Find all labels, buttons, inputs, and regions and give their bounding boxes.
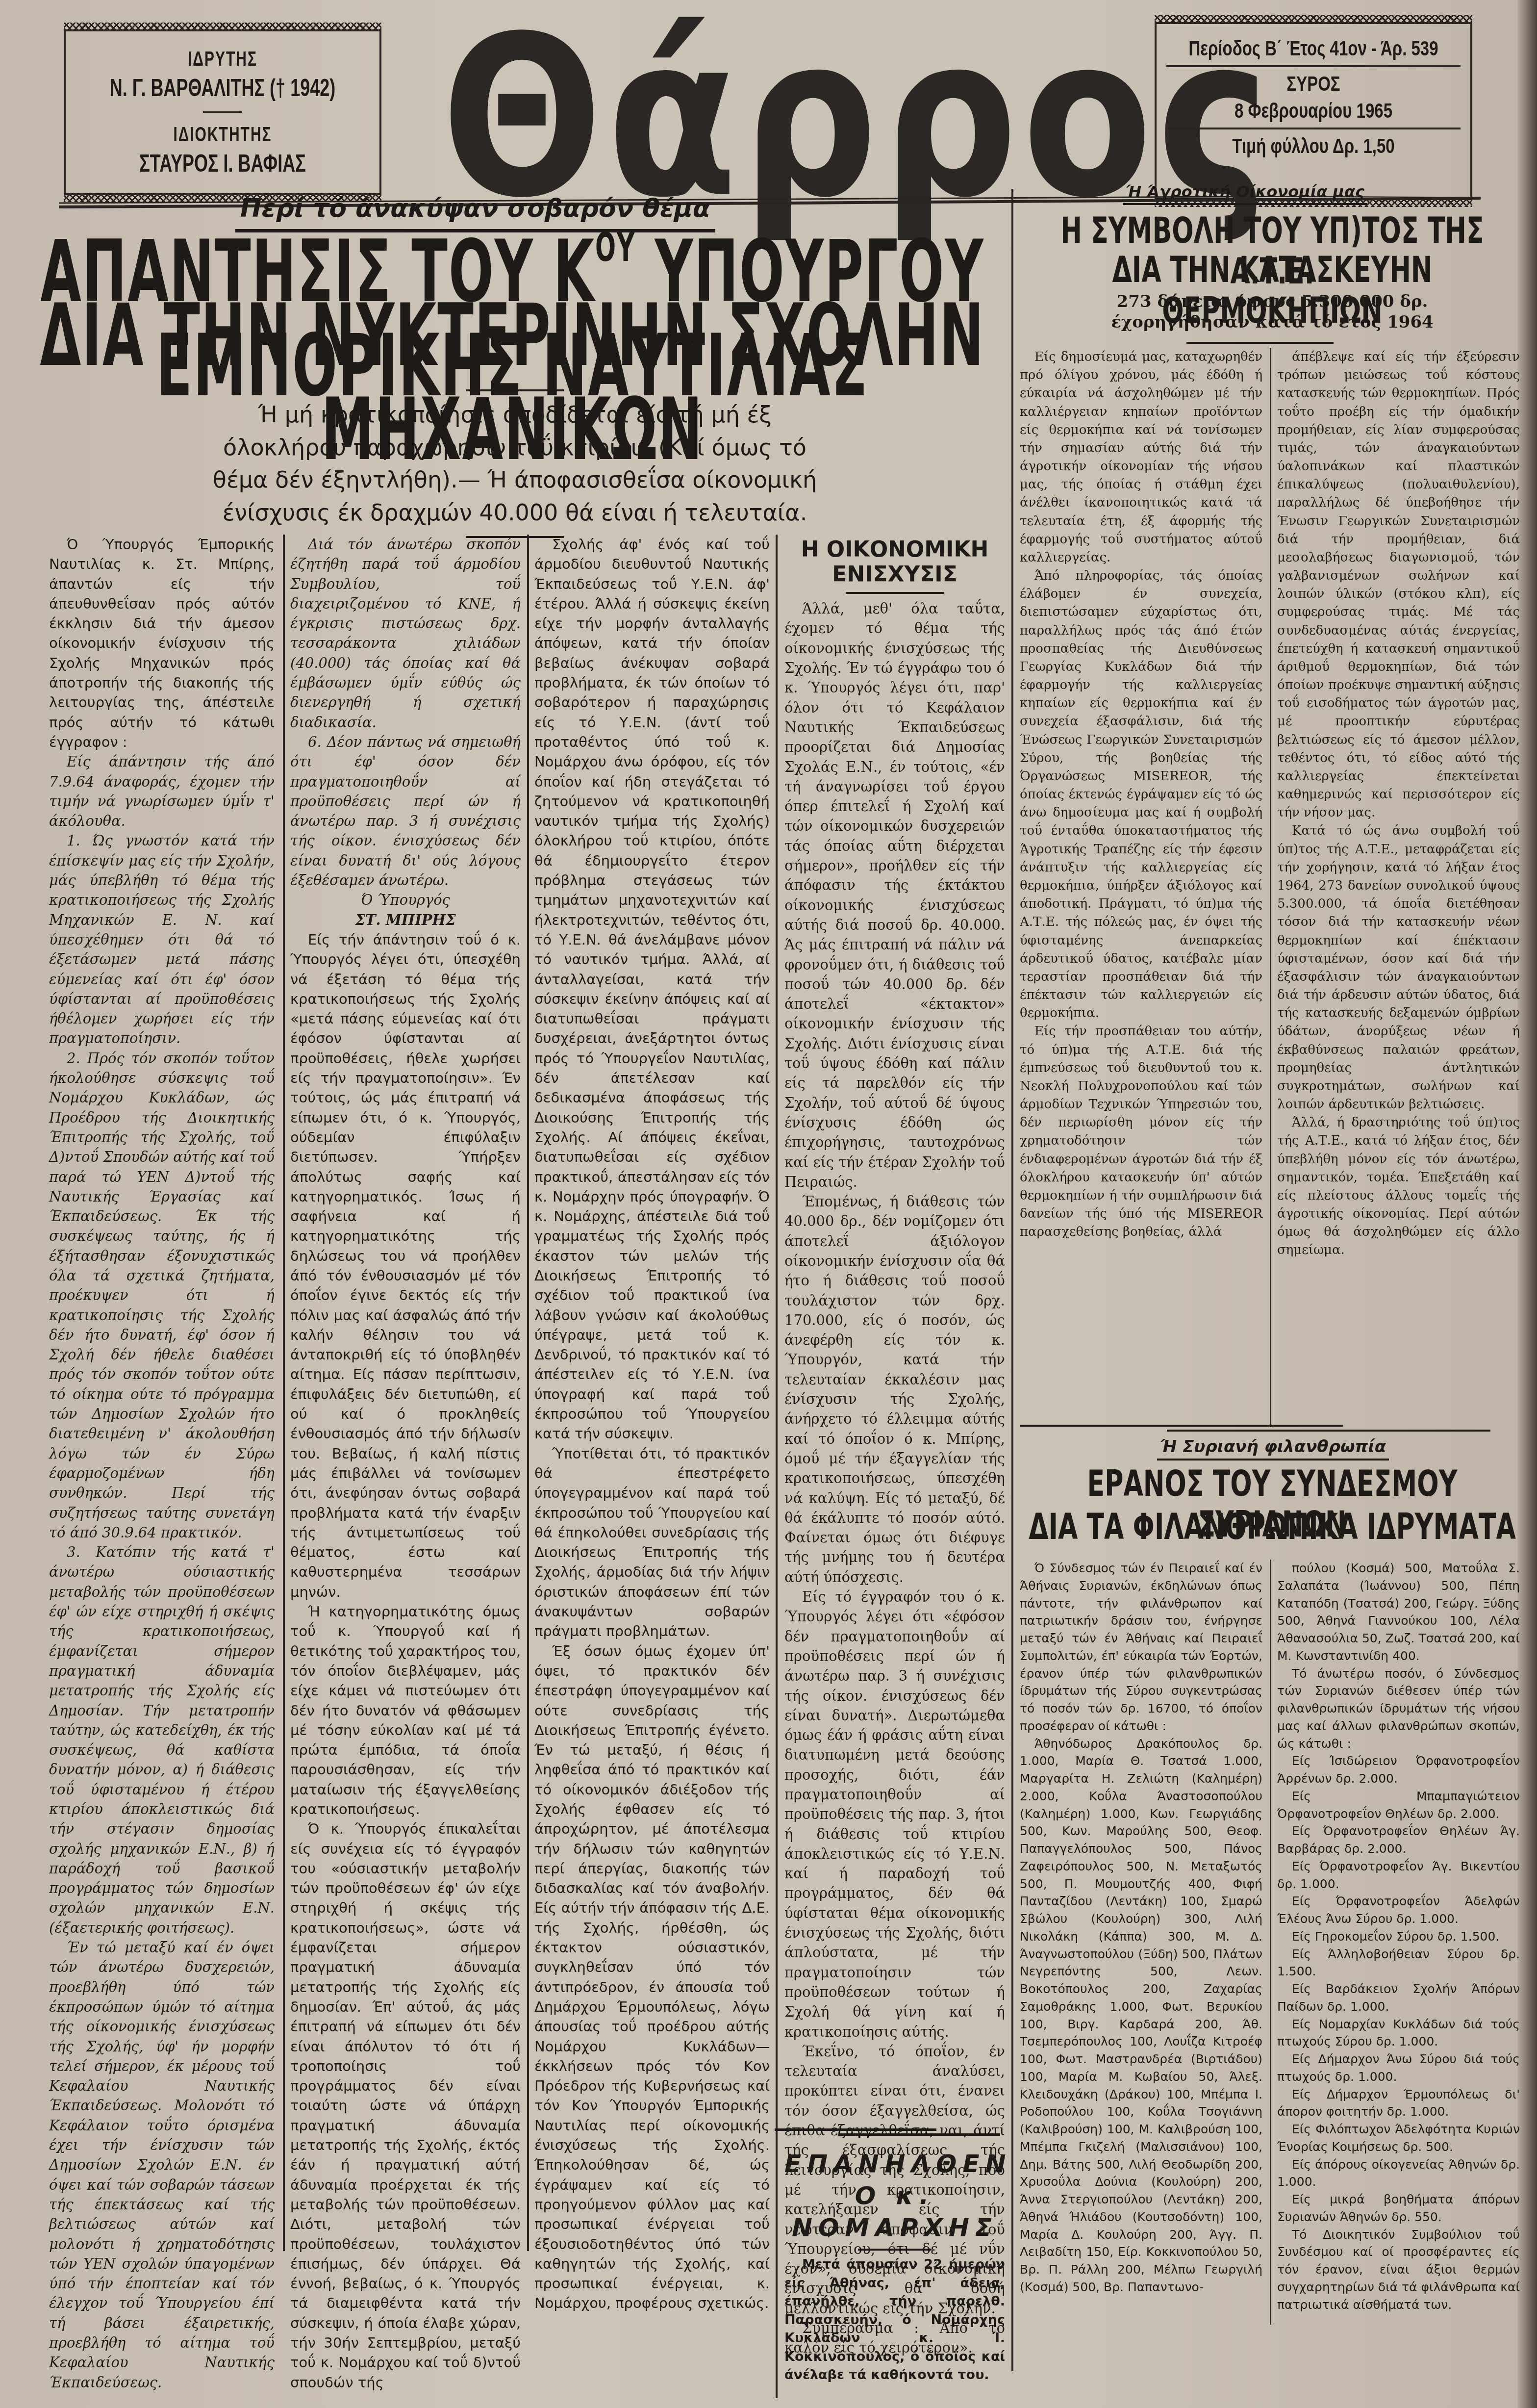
founder-name: Ν. Γ. ΒΑΡΘΑΛΙΤΗΣ († 1942) bbox=[66, 74, 379, 101]
newspaper-page: ΙΔΡΥΤΗΣ Ν. Γ. ΒΑΡΘΑΛΙΤΗΣ († 1942) ΙΔΙΟΚΤ… bbox=[0, 0, 1537, 2408]
signature-name: ΣΤ. ΜΠΙΡΗΣ bbox=[290, 910, 521, 930]
paragraph: 1. Ώς γνωστόν κατά τήν έπίσκεψίν μας είς… bbox=[49, 831, 275, 1048]
paragraph: Είς άπάντησιν τής άπό 7.9.64 άναφοράς, έ… bbox=[49, 752, 275, 831]
paragraph: Σχολής άφ' ένός καί τοΰ άρμοδίου διευθυν… bbox=[534, 535, 770, 1444]
subheading: Η ΟΙΚΟΝΟΜΙΚΗ ΕΝΙΣΧΥΣΙΣ bbox=[784, 538, 1005, 587]
allocation-item: Είς Γηροκομεΐον Σύρου δρ. 1.500. bbox=[1277, 1928, 1520, 1946]
column-divider bbox=[1270, 348, 1271, 1427]
agro-deck-2: έχορηγήθησαν κατά τό έτος 1964 bbox=[1020, 312, 1525, 333]
paragraph: Άλλά, μεθ' όλα ταΰτα, έχομεν τό θέμα τής… bbox=[784, 599, 1005, 1192]
allocation-item: Είς Μπαμπαγιώτειον Όρφανοτροφεΐον Θηλέων… bbox=[1277, 1788, 1520, 1823]
paragraph: Ό κ. Ύπουργός έπικαλεΐται είς συνέχεια ε… bbox=[290, 1819, 521, 2392]
paragraph: Ή κατηγορηματικότης όμως τοΰ κ. Ύπουργοΰ… bbox=[290, 1602, 521, 1819]
paragraph: Είς δημοσίευμά μας, καταχωρηθέν πρό όλίγ… bbox=[1020, 348, 1262, 567]
agro-rule bbox=[1186, 342, 1334, 344]
lead-column-2: Διά τόν άνωτέρω σκοπόν έζητήθη παρά τοΰ … bbox=[290, 535, 521, 2392]
paragraph: Είς τό έγγραφόν του ό κ. Ύπουργός λέγει … bbox=[784, 1587, 1005, 2042]
paragraph: Κατά τό ώς άνω συμβολή τοΰ ύπ)τος τής Α.… bbox=[1277, 822, 1520, 1114]
allocation-item: Είς Όρφανοτροφεΐον Άδελφών Έλέους Άνω Σύ… bbox=[1277, 1893, 1520, 1928]
section-rule bbox=[775, 2128, 936, 2131]
founder-box: ΙΔΡΥΤΗΣ Ν. Γ. ΒΑΡΘΑΛΙΤΗΣ († 1942) ΙΔΙΟΚΤ… bbox=[64, 29, 381, 195]
allocation-item: Είς Όρφανοτροφεΐον Άγ. Βικεντίου δρ. 1.0… bbox=[1277, 1858, 1520, 1893]
paragraph: Μετά άπουσίαν 22 ήμερών είς Άθήνας, έπ' … bbox=[784, 2255, 1005, 2384]
paragraph: πούλου (Κοσμά) 500, Ματοΰλα Σ. Σαλαπάτα … bbox=[1277, 1560, 1520, 1665]
nomarch-headline-1: ΕΠΑΝΗΛΘΕΝ bbox=[784, 2148, 1005, 2180]
subhead-rule bbox=[846, 592, 944, 594]
headline-superscript: ΟΥ bbox=[595, 225, 635, 270]
lead-column-4: Η ΟΙΚΟΝΟΜΙΚΗ ΕΝΙΣΧΥΣΙΣ Άλλά, μεθ' όλα τα… bbox=[784, 535, 1005, 2358]
agro-deck-1: 273 δάνεια, ύψους 5.300.000 δρ. bbox=[1020, 292, 1525, 312]
issue-date: 8 Φεβρουαρίου 1965 bbox=[1157, 99, 1470, 122]
allocation-item: Είς μικρά βοηθήματα άπόρων Συριανών Άθην… bbox=[1277, 2191, 1520, 2226]
paragraph: Διά τόν άνωτέρω σκοπόν έζητήθη παρά τοΰ … bbox=[290, 535, 521, 732]
nomarch-headline-2: Ο κ. ΝΟΜΑΡΧΗΣ bbox=[784, 2180, 1005, 2244]
issue-price: Τιμή φύλλου Δρ. 1,50 bbox=[1157, 134, 1470, 157]
column-divider bbox=[283, 535, 285, 2251]
section-rule bbox=[838, 2133, 1000, 2136]
paragraph: 6. Δέον πάντως νά σημειωθή ότι έφ' όσον … bbox=[290, 732, 521, 890]
paragraph: Έπομένως, ή διάθεσις τών 40.000 δρ., δέν… bbox=[784, 1192, 1005, 1587]
lead-column-3: Σχολής άφ' ένός καί τοΰ άρμοδίου διευθυν… bbox=[534, 535, 770, 2313]
paragraph: Ό Ύπουργός Έμπορικής Ναυτιλίας κ. Στ. Μπ… bbox=[49, 535, 275, 752]
paragraph: Τό άνωτέρω ποσόν, ό Σύνδεσμος τών Συριαν… bbox=[1277, 1665, 1520, 1753]
paragraph: Άλλά, ή δραστηριότης τοΰ ύπ)τος τής Α.Τ.… bbox=[1277, 1114, 1520, 1259]
allocation-item: Είς Ίσιδώρειον Όρφανοτροφεΐον Άρρένων δρ… bbox=[1277, 1752, 1520, 1788]
paragraph: Ό Σύνδεσμος τών έν Πειραιεΐ καί έν Άθήνα… bbox=[1020, 1560, 1262, 1735]
lead-column-1: Ό Ύπουργός Έμπορικής Ναυτιλίας κ. Στ. Μπ… bbox=[49, 535, 275, 2392]
lead-deck: Ή μή κρατικοποίησις άποδίδεται είς τή μή… bbox=[196, 383, 833, 545]
allocation-item: Είς Όρφανοτροφεΐον Θηλέων Άγ. Βαρβάρας δ… bbox=[1277, 1822, 1520, 1858]
founder-divider bbox=[203, 111, 242, 113]
issue-divider bbox=[1166, 65, 1461, 67]
price-divider bbox=[1166, 128, 1461, 129]
page-edge-shadow bbox=[1517, 0, 1537, 2408]
allocation-item: Είς Δήμαρχον Άνω Σύρου διά τούς πτωχούς … bbox=[1277, 2050, 1520, 2086]
owner-label: ΙΔΙΟΚΤΗΤΗΣ bbox=[66, 123, 379, 146]
paragraph: Είς τήν άπάντησιν τοΰ ό κ. Ύπουργός λέγε… bbox=[290, 930, 521, 1602]
column-divider bbox=[1011, 189, 1013, 2371]
column-divider bbox=[527, 535, 529, 2251]
issue-info-box: Περίοδος Β΄ Έτος 41ον - Άρ. 539 ΣΥΡΟΣ 8 … bbox=[1155, 22, 1472, 200]
section-rule bbox=[1167, 1430, 1490, 1432]
paragraph: Τό Διοικητικόν Συμβούλιον τοΰ Συνδέσμου … bbox=[1277, 2226, 1520, 2314]
paragraph: Έν τώ μεταξύ καί έν όψει τών άνωτέρω δυσ… bbox=[49, 1938, 275, 2392]
nomarch-article: ΕΠΑΝΗΛΘΕΝ Ο κ. ΝΟΜΑΡΧΗΣ Μετά άπουσίαν 22… bbox=[784, 2148, 1005, 2384]
agro-column-2: άπέβλεψε καί είς τήν έξεύρεσιν τρόπων με… bbox=[1277, 348, 1520, 1260]
paragraph: Είς τήν προσπάθειαν του αύτήν, τό ύπ)μα … bbox=[1020, 1023, 1262, 1241]
nomarch-rule bbox=[858, 2249, 932, 2251]
paragraph: 3. Κατόπιν τής κατά τ' άνωτέρω ούσιαστικ… bbox=[49, 1542, 275, 1938]
allocation-item: Είς Βαρδάκειον Σχολήν Άπόρων Παίδων δρ. … bbox=[1277, 1980, 1520, 2016]
agro-kicker: Ή Άγροτική Οίκονομία μας bbox=[1123, 182, 1367, 205]
allocation-item: Είς Νομαρχίαν Κυκλάδων διά τούς πτωχούς … bbox=[1277, 2016, 1520, 2051]
issue-number: Περίοδος Β΄ Έτος 41ον - Άρ. 539 bbox=[1157, 37, 1470, 60]
issue-place: ΣΥΡΟΣ bbox=[1157, 73, 1470, 96]
eranos-column-1: Ό Σύνδεσμος τών έν Πειραιεΐ καί έν Άθήνα… bbox=[1020, 1560, 1262, 2296]
allocation-item: Είς Δήμαρχον Έρμουπόλεως δι' άπορον φοιτ… bbox=[1277, 2086, 1520, 2121]
eranos-kicker: Ή Συριανή φιλανθρωπία bbox=[1157, 1437, 1389, 1460]
allocation-item: Είς άπόρους οίκογενείας Άθηνών δρ. 1.000… bbox=[1277, 2156, 1520, 2191]
allocation-item: Είς Φιλόπτωχον Άδελφότητα Κυριών Ένορίας… bbox=[1277, 2121, 1520, 2156]
column-divider bbox=[1270, 1560, 1271, 2325]
signature-title: Ό Ύπουργός bbox=[290, 890, 521, 910]
donor-list: Άθηνόδωρος Δρακόπουλος δρ. 1.000, Μαρία … bbox=[1020, 1735, 1262, 2296]
eranos-column-2: πούλου (Κοσμά) 500, Ματοΰλα Σ. Σαλαπάτα … bbox=[1277, 1560, 1520, 2313]
eranos-headline-2: ΔΙΑ ΤΑ ΦΙΛΑΝΘΡΩΠΙΚΑ ΙΔΡΥΜΑΤΑ bbox=[1020, 1507, 1525, 1547]
section-rule bbox=[1020, 1425, 1343, 1427]
paragraph: 2. Πρός τόν σκοπόν τοΰτον ήκολούθησε σύσ… bbox=[49, 1049, 275, 1542]
paragraph: Άπό πληροφορίας, τάς όποίας έλάβομεν έν … bbox=[1020, 567, 1262, 1023]
founder-label: ΙΔΡΥΤΗΣ bbox=[66, 48, 379, 70]
agro-column-1: Είς δημοσίευμά μας, καταχωρηθέν πρό όλίγ… bbox=[1020, 348, 1262, 1241]
paragraph: άπέβλεψε καί είς τήν έξεύρεσιν τρόπων με… bbox=[1277, 348, 1520, 822]
deck-rule-top bbox=[466, 389, 564, 391]
paragraph: Ύποτίθεται ότι, τό πρακτικόν θά έπεστρέφ… bbox=[534, 1444, 770, 1641]
allocation-item: Είς Άλληλοβοήθειαν Σύρου δρ. 1.500. bbox=[1277, 1946, 1520, 1981]
lead-deck-text: Ή μή κρατικοποίησις άποδίδεται είς τή μή… bbox=[213, 401, 817, 526]
owner-name: ΣΤΑΥΡΟΣ Ι. ΒΑΦΙΑΣ bbox=[66, 150, 379, 177]
column-divider bbox=[776, 535, 778, 2398]
paragraph: Έξ όσων όμως έχομεν ύπ' όψει, τό πρακτικ… bbox=[534, 1641, 770, 2313]
